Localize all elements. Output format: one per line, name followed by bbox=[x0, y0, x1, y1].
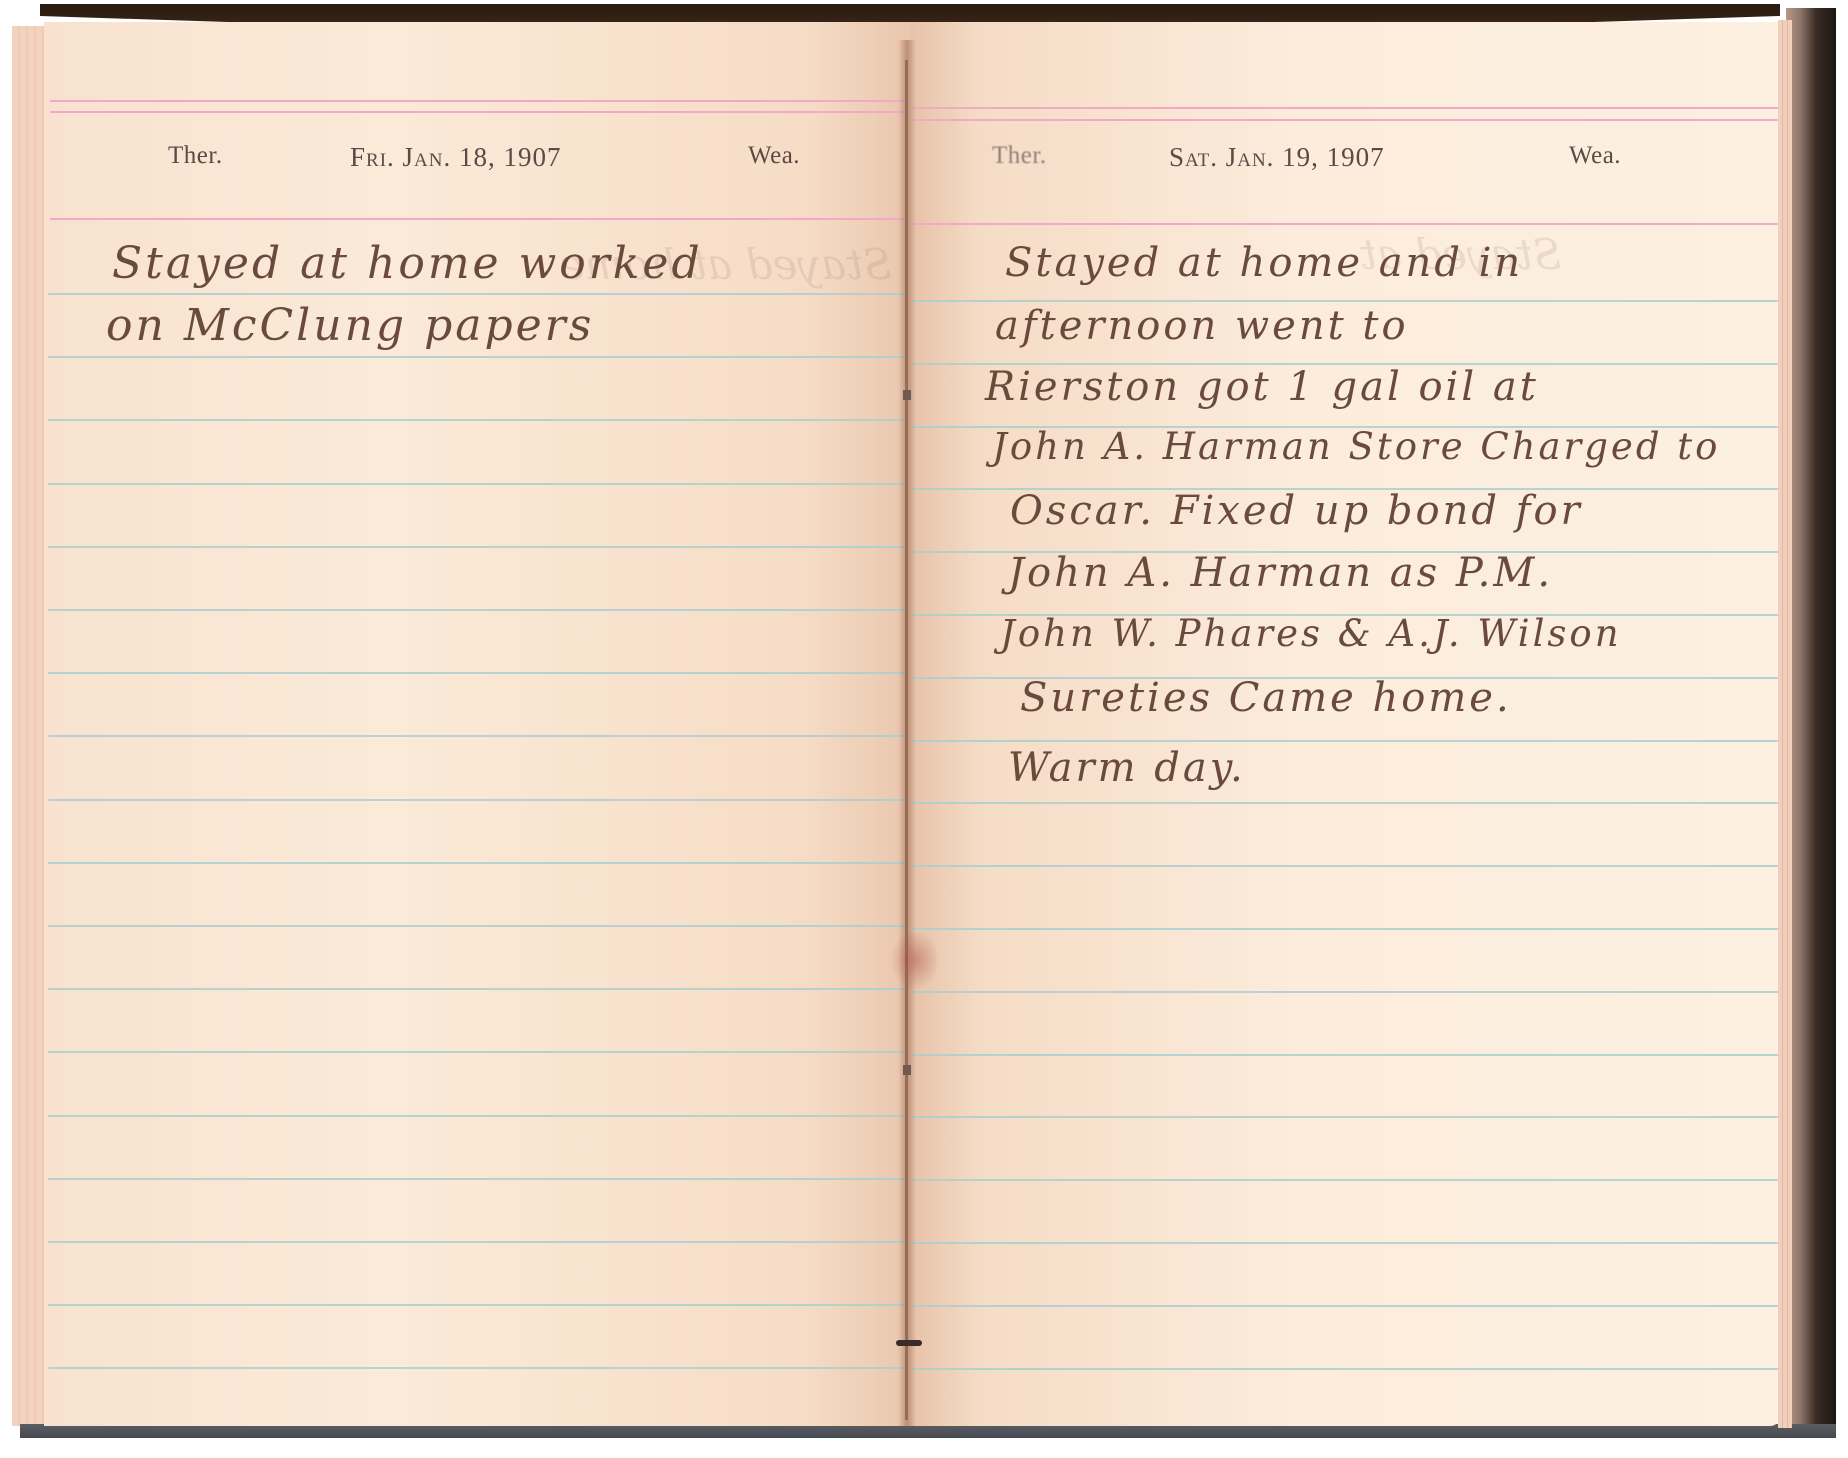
binding-stitch bbox=[903, 1065, 911, 1075]
diary-entry-line: John W. Phares & A.J. Wilson bbox=[1000, 612, 1622, 655]
ruled-line bbox=[48, 862, 908, 864]
header-rule bbox=[50, 111, 908, 113]
diary-entry-line: Stayed at home and in bbox=[1005, 240, 1523, 286]
ruled-line bbox=[48, 1178, 908, 1180]
header-rule bbox=[50, 218, 908, 220]
ruled-line bbox=[48, 1115, 908, 1117]
page-stack-right-edge bbox=[1778, 20, 1792, 1428]
ruled-line bbox=[48, 988, 908, 990]
ruled-line bbox=[48, 483, 908, 485]
wea-label: Wea. bbox=[748, 142, 800, 170]
ther-label: Ther. bbox=[992, 142, 1047, 170]
book-cover-bottom bbox=[20, 1424, 1836, 1438]
diary-entry-line: Sureties Came home. bbox=[1020, 675, 1512, 721]
wea-label: Wea. bbox=[1569, 142, 1621, 170]
ruled-line bbox=[48, 925, 908, 927]
ruled-line bbox=[912, 1305, 1778, 1307]
diary-entry-line: John A. Harman Store Charged to bbox=[992, 425, 1720, 468]
ruled-line bbox=[48, 293, 908, 295]
ruled-line bbox=[48, 1241, 908, 1243]
ruled-line bbox=[48, 735, 908, 737]
header-rule bbox=[912, 107, 1778, 109]
page-date: Sat. Jan. 19, 1907 bbox=[1169, 142, 1385, 173]
ink-stain bbox=[890, 930, 940, 990]
diary-entry-line: John A. Harman as P.M. bbox=[1008, 550, 1553, 596]
ruled-line bbox=[48, 1304, 908, 1306]
left-page bbox=[44, 22, 910, 1426]
page-stack-left-edge bbox=[12, 26, 46, 1426]
ruled-line bbox=[912, 300, 1778, 302]
ruled-line bbox=[912, 1242, 1778, 1244]
diary-entry-line: Warm day. bbox=[1008, 745, 1246, 791]
book-cover-right bbox=[1786, 8, 1836, 1433]
ruled-line bbox=[48, 609, 908, 611]
diary-entry-line: on McClung papers bbox=[106, 300, 594, 351]
ruled-line bbox=[912, 1368, 1778, 1370]
ruled-line bbox=[912, 865, 1778, 867]
ruled-line bbox=[48, 419, 908, 421]
page-date: Fri. Jan. 18, 1907 bbox=[350, 142, 561, 173]
header-rule bbox=[50, 100, 908, 102]
ruled-line bbox=[912, 1054, 1778, 1056]
ruled-line bbox=[48, 1051, 908, 1053]
ruled-line bbox=[48, 799, 908, 801]
header-rule bbox=[912, 119, 1778, 121]
diary-entry-line: afternoon went to bbox=[995, 303, 1409, 349]
ruled-line bbox=[48, 546, 908, 548]
ther-label: Ther. bbox=[168, 142, 223, 170]
right-page bbox=[910, 22, 1780, 1426]
ruled-line bbox=[48, 672, 908, 674]
ruled-line bbox=[912, 1116, 1778, 1118]
header-rule bbox=[912, 223, 1778, 225]
ruled-line bbox=[912, 740, 1778, 742]
ruled-line bbox=[48, 1367, 908, 1369]
binding-thread bbox=[896, 1340, 922, 1346]
diary-entry-line: Stayed at home worked bbox=[112, 238, 703, 289]
ruled-line bbox=[912, 928, 1778, 930]
diary-spread: Stayed at home Stayed at Ther. Fri. Jan.… bbox=[0, 0, 1848, 1458]
ruled-line bbox=[912, 1179, 1778, 1181]
binding-stitch bbox=[903, 390, 911, 400]
ruled-line bbox=[912, 802, 1778, 804]
ruled-line bbox=[912, 991, 1778, 993]
gutter-fold bbox=[905, 60, 908, 1420]
diary-entry-line: Oscar. Fixed up bond for bbox=[1010, 488, 1583, 534]
diary-entry-line: Rierston got 1 gal oil at bbox=[985, 364, 1539, 410]
ruled-line bbox=[48, 356, 908, 358]
